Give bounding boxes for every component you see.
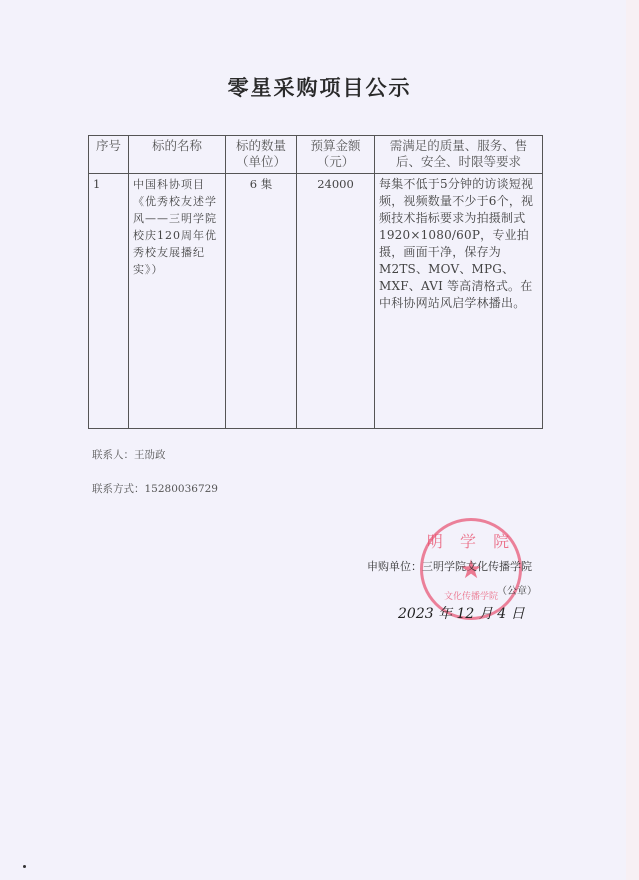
row-name: 中国科协项目《优秀校友述学风——三明学院校庆120周年优秀校友展播纪实》）	[129, 174, 226, 429]
row-budget: 24000	[297, 174, 375, 429]
contact-person: 联系人：王劭政	[92, 447, 166, 462]
row-requirements: 每集不低于5分钟的访谈短视频，视频数量不少于6个，视频技术指标要求为拍摄制式 1…	[375, 174, 543, 429]
header-name: 标的名称	[129, 136, 226, 174]
contact-method: 联系方式：15280036729	[92, 481, 218, 496]
seal-note: （公章）	[497, 582, 537, 597]
seal-top-text: 明 学 院	[423, 529, 519, 552]
header-requirements: 需满足的质量、服务、售后、安全、时限等要求	[375, 136, 543, 174]
page-title: 零星采购项目公示	[0, 72, 639, 102]
row-quantity: 6 集	[226, 174, 297, 429]
page-edge	[626, 0, 639, 880]
header-budget: 预算金额（元）	[297, 136, 375, 174]
row-number: 1	[89, 174, 129, 429]
applicant-unit: 申购单位：三明学院文化传播学院	[367, 558, 532, 574]
table-row: 1 中国科协项目《优秀校友述学风——三明学院校庆120周年优秀校友展播纪实》） …	[89, 174, 543, 429]
scan-speck	[23, 865, 26, 868]
header-quantity: 标的数量（单位）	[226, 136, 297, 174]
signature-date: 2023 年 12 月 4 日	[398, 603, 525, 623]
header-number: 序号	[89, 136, 129, 174]
procurement-table: 序号 标的名称 标的数量（单位） 预算金额（元） 需满足的质量、服务、售后、安全…	[88, 135, 543, 429]
table-header-row: 序号 标的名称 标的数量（单位） 预算金额（元） 需满足的质量、服务、售后、安全…	[89, 136, 543, 174]
